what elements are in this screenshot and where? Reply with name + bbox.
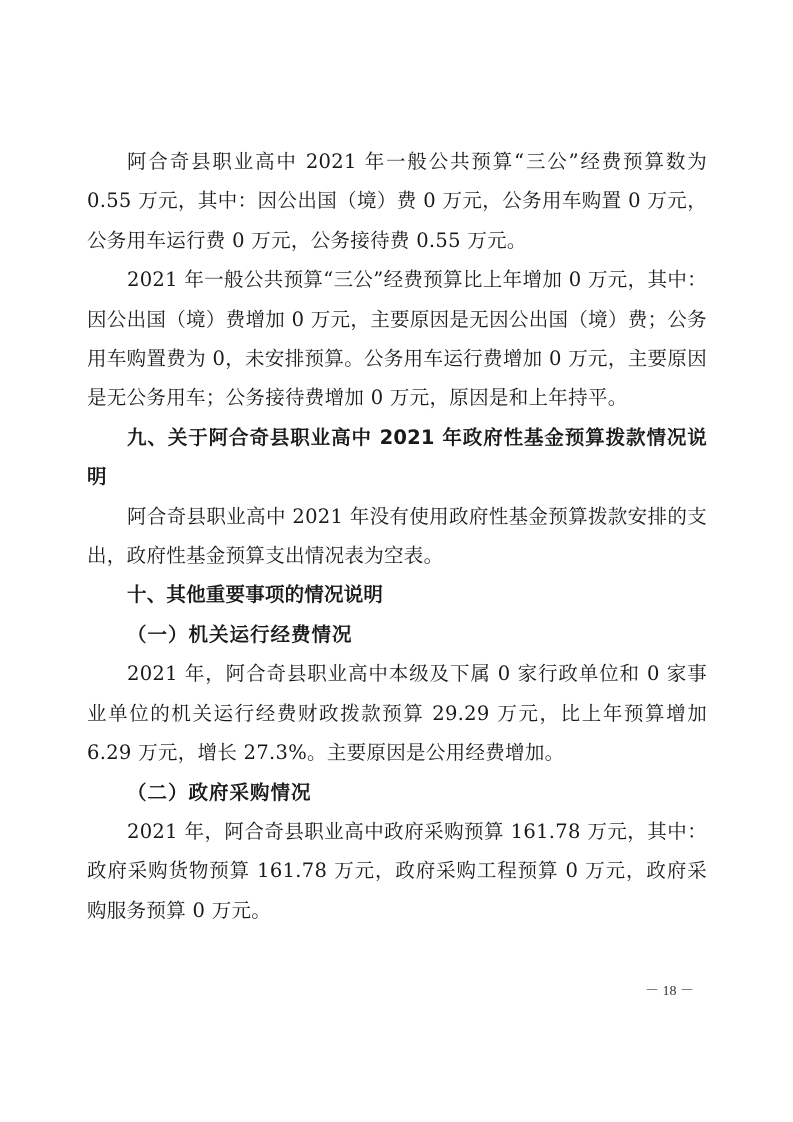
subheading-operating-expenses: （一）机关运行经费情况 xyxy=(87,615,707,654)
section-heading-nine: 九、关于阿合奇县职业高中 2021 年政府性基金预算拨款情况说明 xyxy=(87,418,707,497)
subheading-procurement: （二）政府采购情况 xyxy=(87,773,707,812)
paragraph-operating-expenses: 2021 年，阿合奇县职业高中本级及下属 0 家行政单位和 0 家事业单位的机关… xyxy=(87,654,707,772)
paragraph-three-public-change: 2021 年一般公共预算“三公”经费预算比上年增加 0 万元，其中：因公出国（境… xyxy=(87,260,707,418)
document-page: 阿合奇县职业高中 2021 年一般公共预算“三公”经费预算数为 0.55 万元，… xyxy=(87,142,707,930)
page-number: － 18 － xyxy=(645,980,694,1000)
paragraph-government-fund: 阿合奇县职业高中 2021 年没有使用政府性基金预算拨款安排的支出，政府性基金预… xyxy=(87,497,707,576)
paragraph-procurement: 2021 年，阿合奇县职业高中政府采购预算 161.78 万元，其中：政府采购货… xyxy=(87,812,707,930)
section-heading-ten: 十、其他重要事项的情况说明 xyxy=(87,575,707,614)
paragraph-three-public-budget: 阿合奇县职业高中 2021 年一般公共预算“三公”经费预算数为 0.55 万元，… xyxy=(87,142,707,260)
